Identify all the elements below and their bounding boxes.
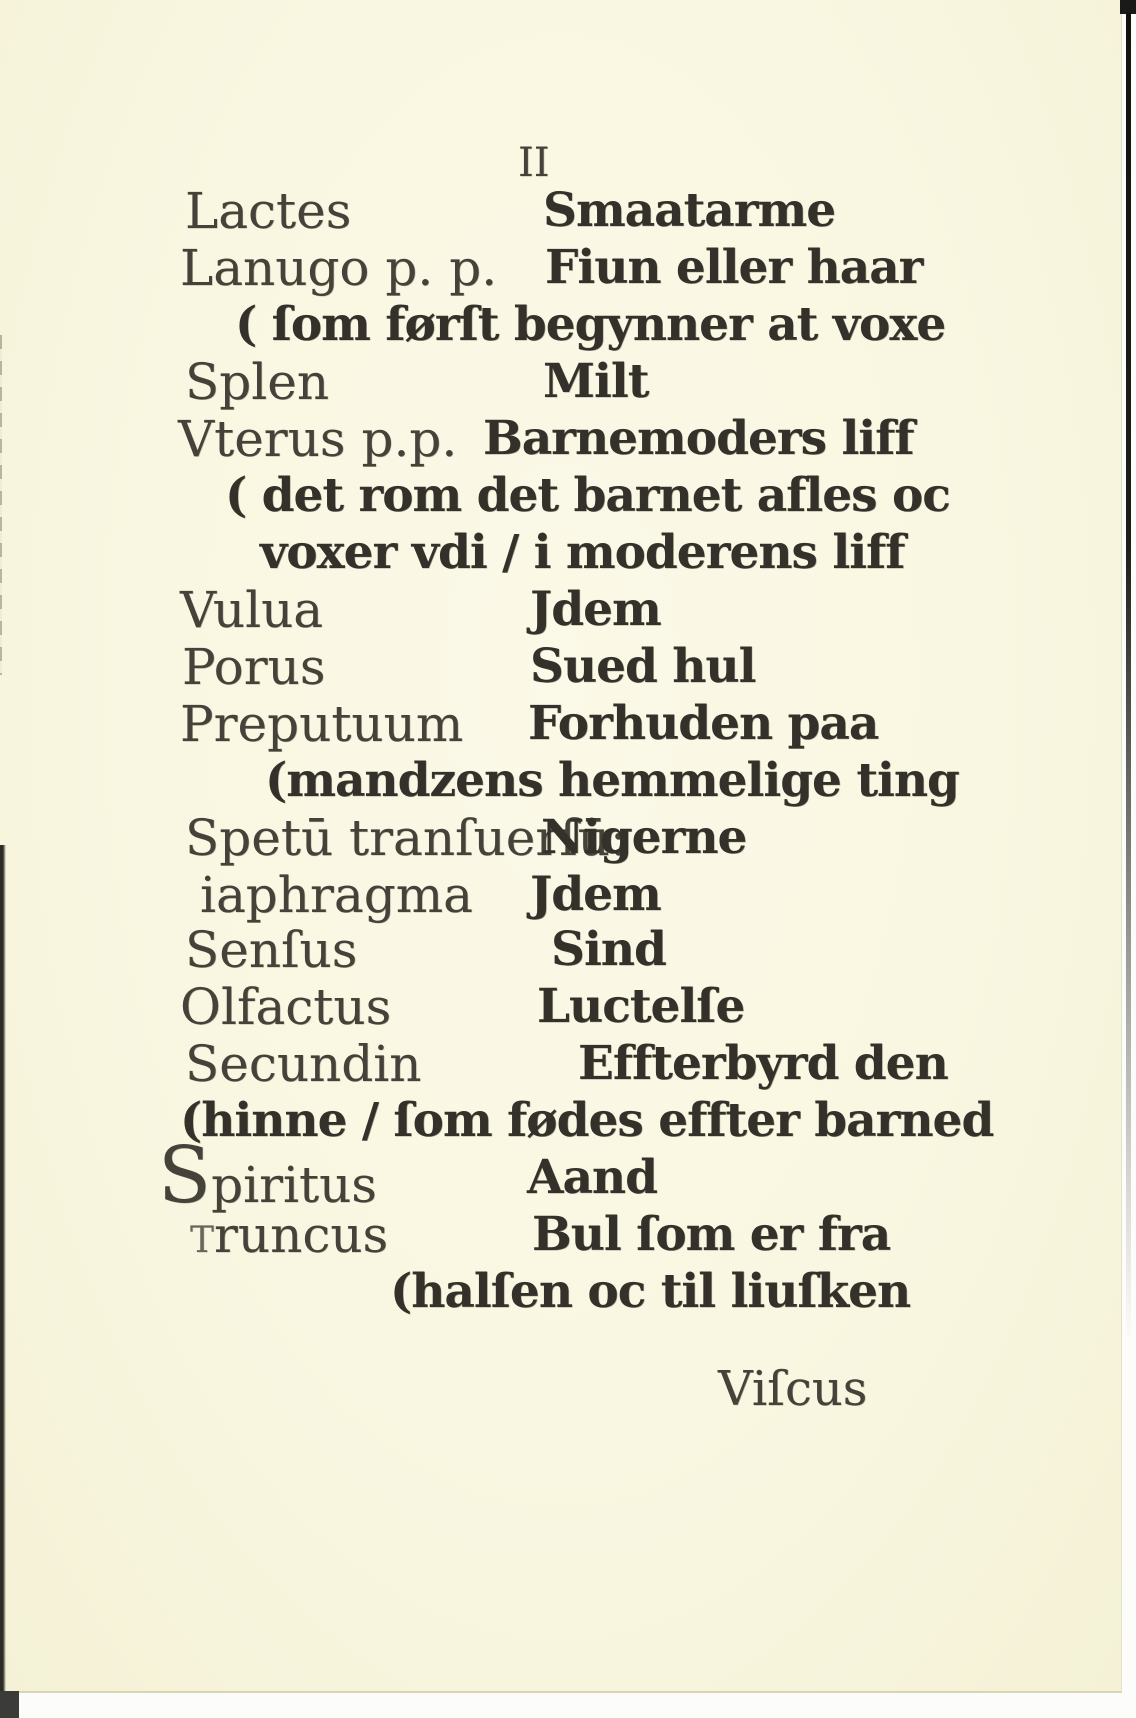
- entry-line: iaphragma Jdem: [0, 870, 1121, 928]
- latin-term: Lactes: [185, 186, 351, 236]
- entry-line: Secundin Effterbyrd den: [0, 1039, 1121, 1097]
- danish-translation: Luctelſe: [537, 983, 744, 1030]
- scan-artifact-right-edge-line: [1126, 13, 1131, 1343]
- latin-term: Spiritus: [158, 1153, 377, 1210]
- latin-term: Preputuum: [180, 699, 463, 749]
- danish-translation: Jdem: [530, 586, 661, 633]
- danish-translation: Barnemoders liff: [483, 415, 914, 462]
- entry-line: Splen Milt: [0, 357, 1121, 415]
- continuation-text: (hinne / ſom fødes effter barned: [180, 1097, 993, 1144]
- entry-line: Truncus Bul ſom er fra: [0, 1210, 1121, 1268]
- latin-term: Truncus: [190, 1210, 388, 1260]
- paper-sheet: II Lactes Smaatarme Lanugo p. p. Fiun el…: [0, 0, 1122, 1693]
- latin-term: Olfactus: [180, 982, 391, 1032]
- latin-term: Secundin: [185, 1039, 421, 1089]
- danish-translation: Nigerne: [541, 814, 746, 861]
- entry-line: Spetū tranſuerſū: Nigerne: [0, 813, 1121, 871]
- danish-translation: Sind: [551, 926, 666, 973]
- scan-artifact-left-edge-faint: [0, 335, 2, 675]
- continuation-text: (halſen oc til liuſken: [390, 1268, 910, 1315]
- latin-term: Splen: [185, 357, 329, 407]
- continuation-line: voxer vdi / i moderens liff: [0, 528, 1121, 586]
- entry-line: Senſus Sind: [0, 925, 1121, 983]
- danish-translation: Milt: [543, 358, 648, 405]
- danish-translation: Jdem: [530, 871, 661, 918]
- continuation-line: (mandzens hemmelige ting: [0, 756, 1121, 814]
- page-number: II: [518, 143, 550, 183]
- scan-artifact-left-edge-dark: [0, 845, 6, 1691]
- entry-line: Vulua Jdem: [0, 585, 1121, 643]
- continuation-line: (halſen oc til liuſken: [0, 1267, 1121, 1325]
- continuation-text: (mandzens hemmelige ting: [265, 757, 959, 804]
- continuation-line: ( det rom det barnet afles oc: [0, 471, 1121, 529]
- scan-artifact-top-right-block: [1120, 0, 1136, 14]
- entry-line: Lanugo p. p. Fiun eller haar: [0, 243, 1121, 301]
- continuation-text: ( ſom førſt begynner at voxe: [235, 301, 945, 348]
- danish-translation: Effterbyrd den: [578, 1040, 948, 1087]
- entry-line: Vterus p.p. Barnemoders liff: [0, 414, 1121, 472]
- danish-translation: Bul ſom er fra: [532, 1211, 890, 1258]
- entry-line: Spiritus Aand: [0, 1153, 1121, 1211]
- latin-term: Porus: [182, 642, 325, 692]
- danish-translation: Fiun eller haar: [545, 244, 922, 291]
- latin-term: Vterus p.p.: [178, 414, 457, 464]
- latin-term: iaphragma: [200, 870, 473, 920]
- entry-line: Preputuum Forhuden paa: [0, 699, 1121, 757]
- scanned-book-page: II Lactes Smaatarme Lanugo p. p. Fiun el…: [0, 0, 1136, 1718]
- catchword: Viſcus: [718, 1365, 867, 1413]
- danish-translation: Forhuden paa: [528, 700, 878, 747]
- continuation-line: ( ſom førſt begynner at voxe: [0, 300, 1121, 358]
- latin-term: Senſus: [185, 925, 357, 975]
- scan-artifact-bottom-left-block: [0, 1691, 19, 1718]
- danish-translation: Sued hul: [530, 643, 755, 690]
- continuation-text: ( det rom det barnet afles oc: [225, 472, 950, 519]
- entry-line: Olfactus Luctelſe: [0, 982, 1121, 1040]
- latin-term: Vulua: [180, 585, 323, 635]
- continuation-text: voxer vdi / i moderens liff: [260, 529, 905, 576]
- entry-line: Porus Sued hul: [0, 642, 1121, 700]
- danish-translation: Aand: [527, 1154, 657, 1201]
- entry-line: Lactes Smaatarme: [0, 186, 1121, 244]
- danish-translation: Smaatarme: [543, 187, 835, 234]
- latin-term: Lanugo p. p.: [180, 243, 497, 293]
